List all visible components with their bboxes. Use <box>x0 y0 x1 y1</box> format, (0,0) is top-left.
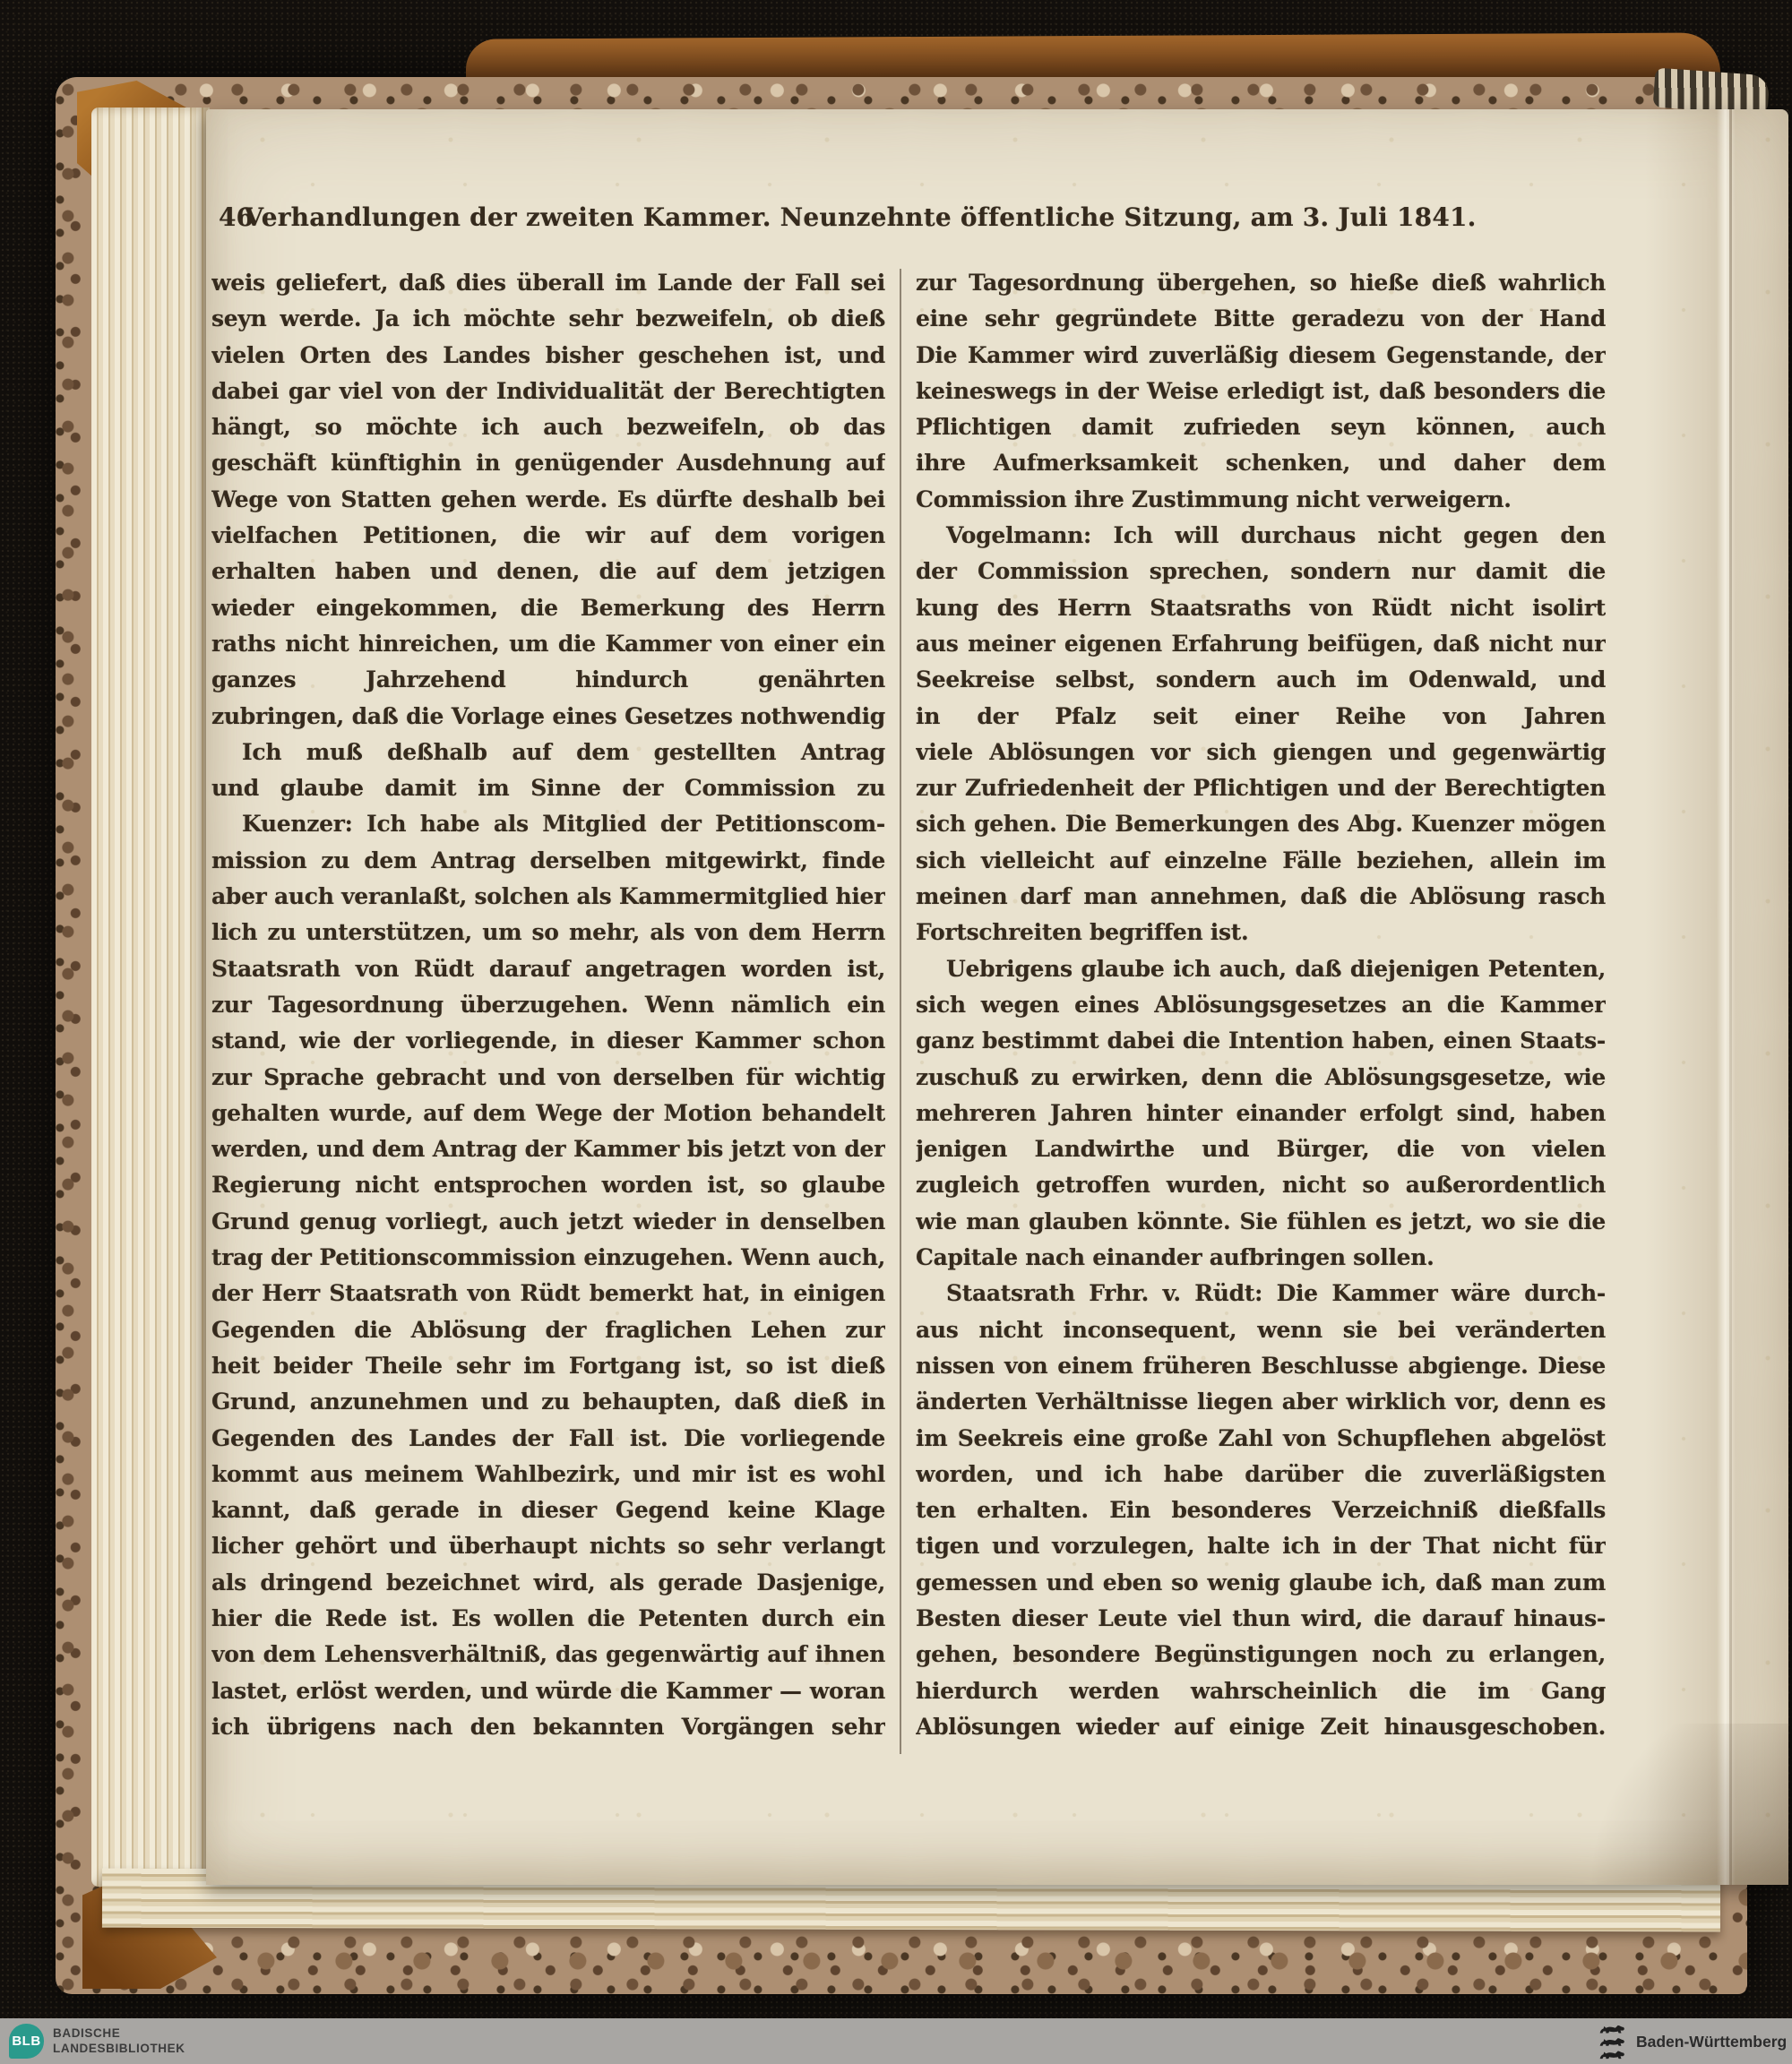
text-line: raths nicht hinreichen, um die Kammer vo… <box>211 626 885 662</box>
text-line: heit beider Theile sehr im Fortgang ist,… <box>211 1348 885 1384</box>
text-line: Gegenden die Ablösung der fraglichen Leh… <box>211 1312 885 1348</box>
text-line: Staatsrath von Rüdt darauf angetragen wo… <box>211 951 885 987</box>
text-line: zugleich getroffen wurden, nicht so auße… <box>916 1167 1606 1203</box>
text-line: sich wegen eines Ablösungsgesetzes an di… <box>916 987 1606 1023</box>
text-line: gemessen und eben so wenig glaube ich, d… <box>916 1565 1606 1601</box>
text-line: dabei gar viel von der Individualität de… <box>211 374 885 409</box>
text-line: aus nicht inconsequent, wenn sie bei ver… <box>916 1312 1606 1348</box>
text-line: Die Kammer wird zuverläßig diesem Gegens… <box>916 338 1606 374</box>
text-line: Ablösungen wieder auf einige Zeit hinaus… <box>916 1709 1606 1745</box>
state-label: Baden-Württemberg <box>1636 2033 1787 2051</box>
text-line: und glaube damit im Sinne der Commission… <box>211 770 885 806</box>
headband <box>1653 68 1770 116</box>
text-line: aus meiner eigenen Erfahrung beifügen, d… <box>916 626 1606 662</box>
text-line: zur Tagesordnung übergehen, so hieße die… <box>916 265 1606 301</box>
scan-background: 46 Verhandlungen der zweiten Kammer. Neu… <box>0 0 1792 2064</box>
text-line: hierdurch werden wahrscheinlich die im G… <box>916 1673 1606 1709</box>
text-line: jenigen Landwirthe und Bürger, die von v… <box>916 1131 1606 1167</box>
page-edges-left <box>91 107 210 1887</box>
text-line: Uebrigens glaube ich auch, daß diejenige… <box>916 951 1606 987</box>
text-line: hängt, so möchte ich auch bezweifeln, ob… <box>211 409 885 445</box>
text-line: lastet, erlöst werden, und würde die Kam… <box>211 1673 885 1709</box>
text-line: zuschuß zu erwirken, denn die Ablösungsg… <box>916 1060 1606 1096</box>
text-line: der Commission sprechen, sondern nur dam… <box>916 554 1606 589</box>
text-line: viele Ablösungen vor sich giengen und ge… <box>916 735 1606 770</box>
blb-logo: BLB <box>9 2024 44 2059</box>
text-line: zur Sprache gebracht und von derselben f… <box>211 1060 885 1096</box>
text-line: zur Tagesordnung überzugehen. Wenn nämli… <box>211 987 885 1023</box>
text-line: ich übrigens nach den bekannten Vorgänge… <box>211 1709 885 1745</box>
text-line: sich vielleicht auf einzelne Fälle bezie… <box>916 843 1606 879</box>
text-line: ganz bestimmt dabei die Intention haben,… <box>916 1023 1606 1059</box>
text-line: stand, wie der vorliegende, in dieser Ka… <box>211 1023 885 1059</box>
text-line: Gegenden des Landes der Fall ist. Die vo… <box>211 1421 885 1457</box>
text-line: erhalten haben und denen, die auf dem je… <box>211 554 885 589</box>
library-name: BADISCHE LANDESBIBLIOTHEK <box>53 2025 185 2056</box>
text-line: ten erhalten. Ein besonderes Verzeichniß… <box>916 1492 1606 1528</box>
text-line: zur Zufriedenheit der Pflichtigen und de… <box>916 770 1606 806</box>
text-line: änderten Verhältnisse liegen aber wirkli… <box>916 1384 1606 1420</box>
text-line: Commission ihre Zustimmung nicht verweig… <box>916 482 1606 518</box>
text-line: vielfachen Petitionen, die wir auf dem v… <box>211 518 885 554</box>
text-line: mission zu dem Antrag derselben mitgewir… <box>211 843 885 879</box>
running-header: Verhandlungen der zweiten Kammer. Neunze… <box>206 202 1514 233</box>
text-line: worden, und ich habe darüber die zuverlä… <box>916 1457 1606 1492</box>
text-line: hier die Rede ist. Es wollen die Petente… <box>211 1601 885 1637</box>
text-line: geschäft künftighin in genügender Ausdeh… <box>211 445 885 481</box>
text-line: als dringend bezeichnet wird, als gerade… <box>211 1565 885 1601</box>
text-line: aber auch veranlaßt, solchen als Kammerm… <box>211 879 885 915</box>
text-line: Grund, anzunehmen und zu behaupten, daß … <box>211 1384 885 1420</box>
viewer-footer-bar: BLB BADISCHE LANDESBIBLIOTHEK Baden-Würt… <box>0 2018 1792 2064</box>
text-line: wie man glauben könnte. Sie fühlen es je… <box>916 1204 1606 1240</box>
text-line: seyn werde. Ja ich möchte sehr bezweifel… <box>211 301 885 337</box>
text-line: trag der Petitionscommission einzugehen.… <box>211 1240 885 1276</box>
text-line: meinen darf man annehmen, daß die Ablösu… <box>916 879 1606 915</box>
text-line: lich zu unterstützen, um so mehr, als vo… <box>211 915 885 950</box>
text-line: nissen von einem früheren Beschlusse abg… <box>916 1348 1606 1384</box>
text-line: kommt aus meinem Wahlbezirk, und mir ist… <box>211 1457 885 1492</box>
text-line: wieder eingekommen, die Bemerkung des He… <box>211 590 885 626</box>
page-crease <box>1729 109 1732 1885</box>
text-line: Grund genug vorliegt, auch jetzt wieder … <box>211 1204 885 1240</box>
text-line: in der Pfalz seit einer Reihe von Jahren… <box>916 699 1606 735</box>
text-line: eine sehr gegründete Bitte geradezu von … <box>916 301 1606 337</box>
library-name-line2: LANDESBIBLIOTHEK <box>53 2041 185 2056</box>
text-line: sich gehen. Die Bemerkungen des Abg. Kue… <box>916 806 1606 842</box>
text-line: weis geliefert, daß dies überall im Land… <box>211 265 885 301</box>
right-column: zur Tagesordnung übergehen, so hieße die… <box>916 265 1606 1745</box>
text-line: zubringen, daß die Vorlage eines Gesetze… <box>211 699 885 735</box>
text-line: Regierung nicht entsprochen worden ist, … <box>211 1167 885 1203</box>
text-line: Seekreise selbst, sondern auch im Odenwa… <box>916 662 1606 698</box>
text-line: von dem Lehensverhältniß, das gegenwärti… <box>211 1637 885 1673</box>
text-line: kannt, daß gerade in dieser Gegend keine… <box>211 1492 885 1528</box>
text-line: der Herr Staatsrath von Rüdt bemerkt hat… <box>211 1276 885 1311</box>
text-line: Vogelmann: Ich will durchaus nicht gegen… <box>916 518 1606 554</box>
column-divider <box>900 269 901 1754</box>
text-line: Pflichtigen damit zufrieden seyn können,… <box>916 409 1606 445</box>
library-name-line1: BADISCHE <box>53 2025 185 2041</box>
state-branding: Baden-Württemberg <box>1597 2021 1787 2061</box>
text-line: ihre Aufmerksamkeit schenken, und daher … <box>916 445 1606 481</box>
text-line: Ich muß deßhalb auf dem gestellten Antra… <box>211 735 885 770</box>
book-page: 46 Verhandlungen der zweiten Kammer. Neu… <box>206 109 1788 1885</box>
text-line: werden, und dem Antrag der Kammer bis je… <box>211 1131 885 1167</box>
blb-logo-text: BLB <box>12 2034 40 2049</box>
gutter-fold <box>1645 109 1788 1885</box>
text-line: mehreren Jahren hinter einander erfolgt … <box>916 1096 1606 1131</box>
text-line: Staatsrath Frhr. v. Rüdt: Die Kammer wär… <box>916 1276 1606 1311</box>
text-line: Kuenzer: Ich habe als Mitglied der Petit… <box>211 806 885 842</box>
text-line: licher gehört und überhaupt nichts so se… <box>211 1528 885 1564</box>
text-line: im Seekreis eine große Zahl von Schupfle… <box>916 1421 1606 1457</box>
text-line: ganzes Jahrzehend hindurch genährten Ueb… <box>211 662 885 698</box>
text-line: tigen und vorzulegen, halte ich in der T… <box>916 1528 1606 1564</box>
text-line: gehalten wurde, auf dem Wege der Motion … <box>211 1096 885 1131</box>
text-line: Besten dieser Leute viel thun wird, die … <box>916 1601 1606 1637</box>
text-line: Fortschreiten begriffen ist. <box>916 915 1606 950</box>
text-line: gehen, besondere Begünstigungen noch zu … <box>916 1637 1606 1673</box>
text-line: keineswegs in der Weise erledigt ist, da… <box>916 374 1606 409</box>
left-column: weis geliefert, daß dies überall im Land… <box>211 265 885 1745</box>
text-line: Capitale nach einander aufbringen sollen… <box>916 1240 1606 1276</box>
text-line: kung des Herrn Staatsraths von Rüdt nich… <box>916 590 1606 626</box>
corner-shadow <box>1555 1724 1788 1885</box>
baden-wuerttemberg-coat-of-arms-icon <box>1597 2023 1627 2060</box>
text-line: vielen Orten des Landes bisher geschehen… <box>211 338 885 374</box>
text-line: Wege von Statten gehen werde. Es dürfte … <box>211 482 885 518</box>
